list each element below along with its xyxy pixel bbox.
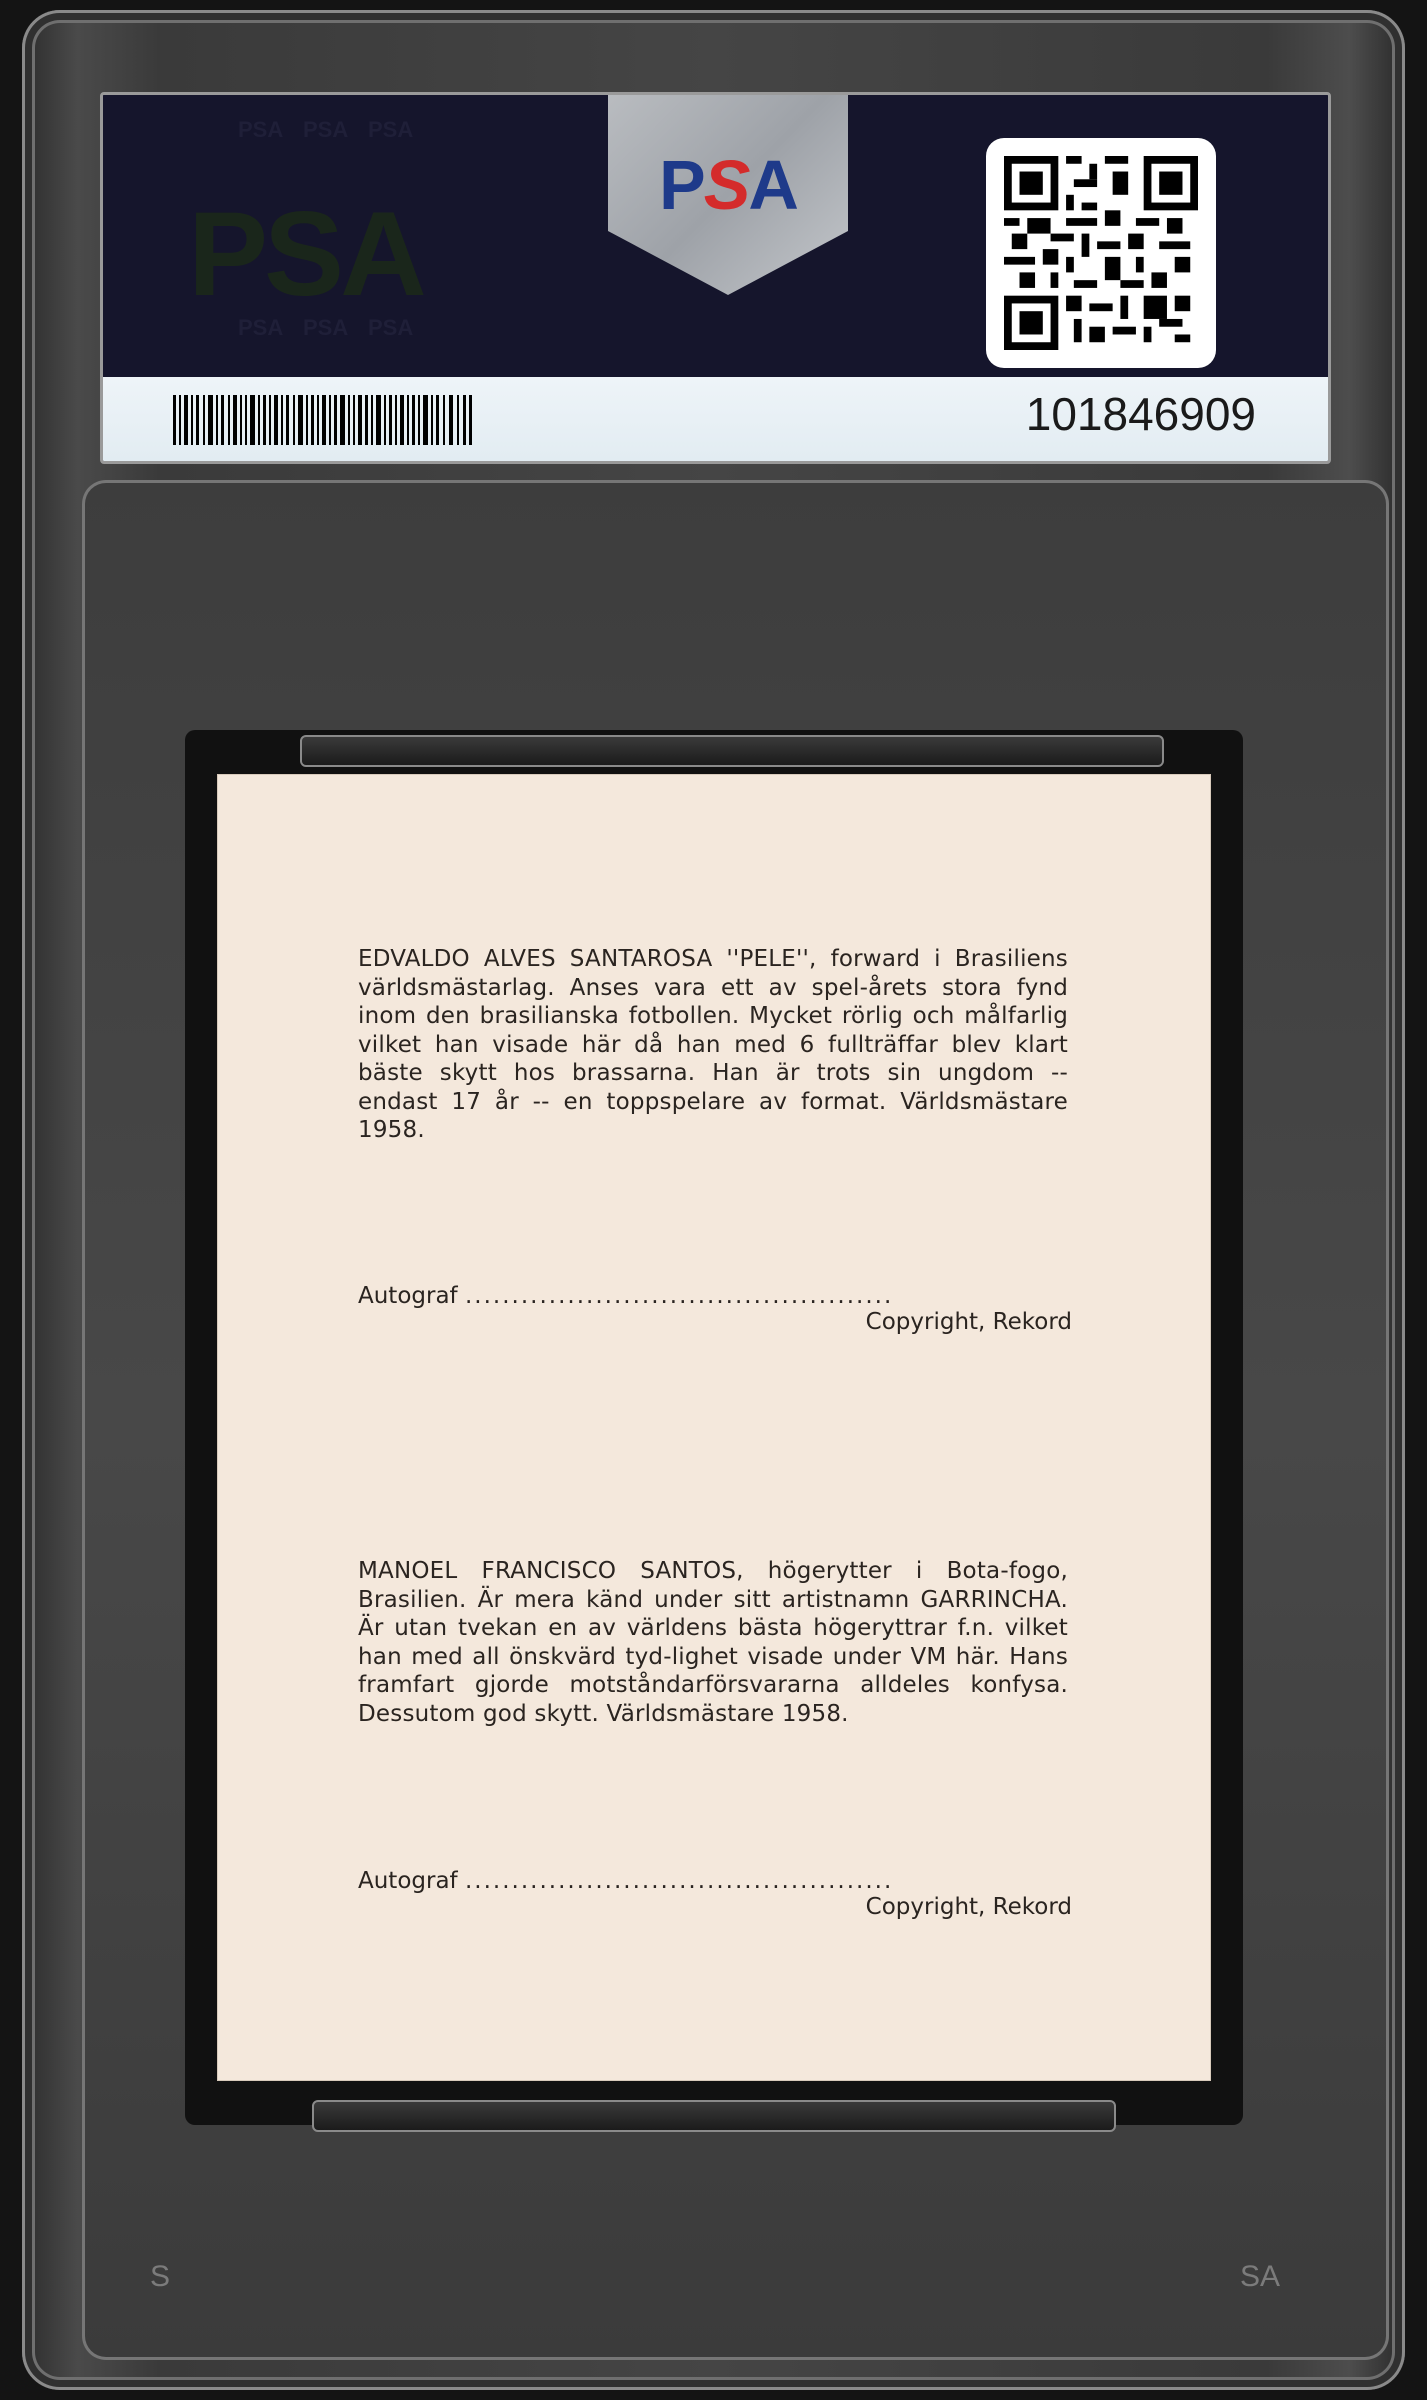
watermark-small: PSA [303,315,348,341]
autograph-line: Autograf ...............................… [358,1868,1088,1894]
sleeve-top-rail [300,735,1164,767]
autograph-label: Autograf [358,1868,458,1894]
psa-logo-text: PSA [614,145,842,225]
label-header: PSA PSA PSA PSA PSA PSA PSA PSA [103,95,1328,377]
sleeve-bottom-rail [312,2100,1116,2132]
watermark-small: PSA [238,117,283,143]
watermark-logo: PSA [188,185,423,323]
copyright-text: Copyright, Rekord [866,1894,1072,1920]
psa-shield-logo: PSA [608,95,848,295]
qr-code-icon[interactable] [986,138,1216,368]
label-footer: 101846909 [103,377,1328,461]
autograph-line: Autograf ...............................… [358,1283,1088,1309]
copyright-text: Copyright, Rekord [866,1309,1072,1335]
trading-card-back: EDVALDO ALVES SANTAROSA ''PELE'', forwar… [218,775,1210,2080]
barcode-icon [173,395,473,445]
slab-corner-mark-right: SA [1240,2260,1280,2294]
autograph-label: Autograf [358,1283,458,1309]
psa-label: PSA PSA PSA PSA PSA PSA PSA PSA [100,92,1331,464]
watermark-small: PSA [368,117,413,143]
autograph-dots: ........................................… [465,1868,893,1894]
cert-number: 101846909 [1026,387,1256,441]
bio-text: MANOEL FRANCISCO SANTOS, högerytter i Bo… [358,1557,1068,1728]
autograph-dots: ........................................… [465,1283,893,1309]
watermark-small: PSA [368,315,413,341]
watermark-small: PSA [303,117,348,143]
bio-text: EDVALDO ALVES SANTAROSA ''PELE'', forwar… [358,945,1068,1145]
watermark-small: PSA [238,315,283,341]
slab-corner-mark-left: S [150,2260,170,2294]
